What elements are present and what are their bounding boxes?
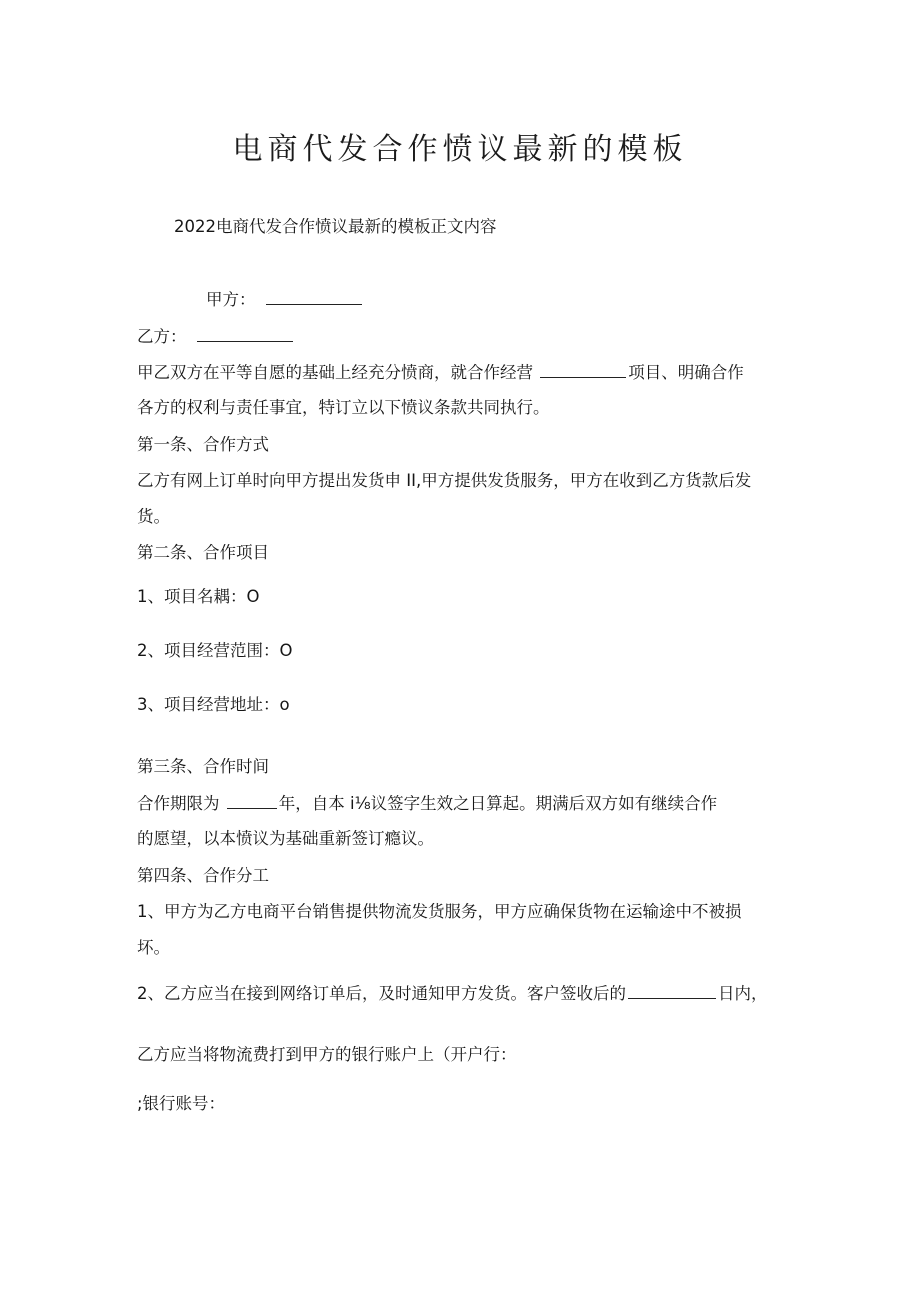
document-title: 电商代发合作愤议最新的模板 — [0, 130, 920, 170]
project-blank — [540, 362, 626, 378]
term-text-before: 合作期限为 — [137, 794, 225, 813]
article-4-item-2-line-3: ;银行账号： — [137, 1094, 225, 1114]
article-3-heading: 第三条、合作时间 — [137, 757, 269, 777]
party-b-blank — [197, 326, 293, 342]
party-b-line: 乙方： — [137, 326, 295, 347]
article-2-item-3: 3、项目经营地址：o — [137, 695, 290, 715]
article-2-item-1: 1、项目名耦：O — [137, 587, 260, 607]
article-4-item-1-line-1: 1、甲方为乙方电商平台销售提供物流发货服务，甲方应确保货物在运输途中不被损 — [137, 902, 742, 922]
days-blank — [628, 983, 716, 999]
article-4-item-2-line-2: 乙方应当将物流费打到甲方的银行账户上（开户行： — [137, 1045, 517, 1065]
article-2-heading: 第二条、合作项目 — [137, 543, 269, 563]
article-1-heading: 第一条、合作方式 — [137, 435, 269, 455]
party-a-label: 甲方： — [206, 290, 256, 309]
document-subtitle: 2022电商代发合作愤议最新的模板正文内容 — [174, 217, 497, 237]
party-a-blank — [266, 289, 362, 305]
item2-text-after: 日内， — [718, 984, 768, 1003]
article-1-line-2: 货。 — [137, 507, 170, 527]
intro-text-before: 甲乙双方在平等自愿的基础上经充分愤商，就合作经营 — [137, 363, 538, 382]
intro-text-after: 项目、明确合作 — [628, 363, 744, 382]
party-b-label: 乙方： — [137, 327, 187, 346]
item2-text-before: 2、乙方应当在接到网络订单后，及时通知甲方发货。客户签收后的 — [137, 984, 626, 1003]
party-a-line: 甲方： — [206, 289, 364, 310]
article-4-item-2-line-1: 2、乙方应当在接到网络订单后，及时通知甲方发货。客户签收后的日内， — [137, 983, 768, 1004]
document-page: 电商代发合作愤议最新的模板 2022电商代发合作愤议最新的模板正文内容 甲方： … — [0, 0, 920, 1301]
term-years-blank — [227, 793, 277, 809]
article-3-line-1: 合作期限为 年，自本 i⅛议签字生效之日算起。期满后双方如有继续合作 — [137, 793, 717, 814]
intro-line-2: 各方的权利与责任事宜，特订立以下愤议条款共同执行。 — [137, 398, 550, 418]
intro-line-1: 甲乙双方在平等自愿的基础上经充分愤商，就合作经营 项目、明确合作 — [137, 362, 744, 383]
term-text-after: 年，自本 i⅛议签字生效之日算起。期满后双方如有继续合作 — [279, 794, 717, 813]
article-4-item-1-line-2: 坏。 — [137, 938, 170, 958]
article-1-line-1: 乙方有网上订单时向甲方提出发货申 II,甲方提供发货服务，甲方在收到乙方货款后发 — [137, 471, 751, 491]
article-2-item-2: 2、项目经营范围：O — [137, 641, 293, 661]
article-3-line-2: 的愿望，以本愤议为基础重新签订瘾议。 — [137, 829, 434, 849]
article-4-heading: 第四条、合作分工 — [137, 866, 269, 886]
